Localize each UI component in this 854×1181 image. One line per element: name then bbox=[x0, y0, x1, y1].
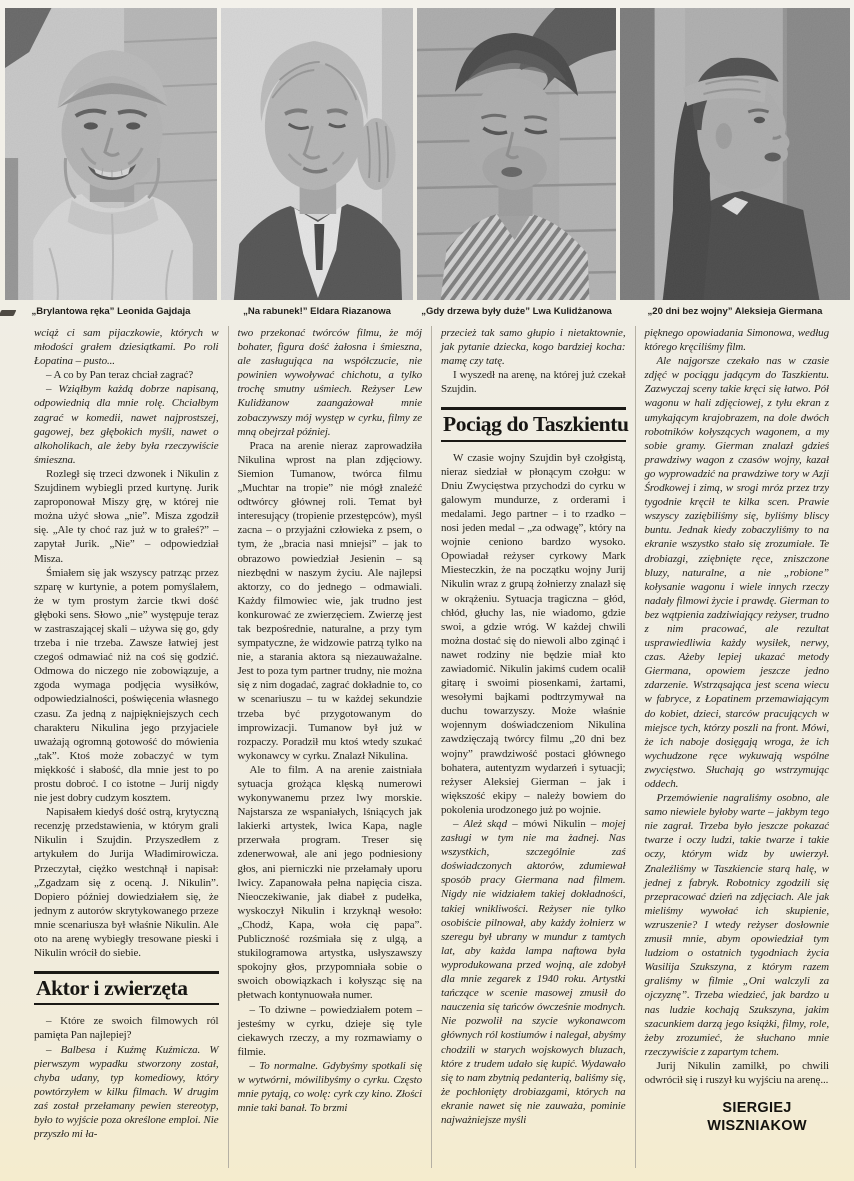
author-byline: SIERGIEJ WISZNIAKOW bbox=[685, 1099, 829, 1135]
body-paragraph: Ale najgorsze czekało nas w czasie zdjęć… bbox=[645, 354, 830, 791]
photo-20-dni-bez-wojny: „20 dni bez wojny” Aleksieja Giermana bbox=[620, 8, 850, 317]
photo-gdy-drzewa-byly-duze: „Gdy drzewa były duże” Lwa Kulidżanowa bbox=[417, 8, 616, 317]
body-paragraph: – Ależ skąd – mówi Nikulin – mojej zasłu… bbox=[441, 817, 626, 1127]
body-paragraph: – To normalne. Gdybyśmy spotkali się w w… bbox=[238, 1059, 423, 1115]
photo-20-dni-bez-wojny-image bbox=[620, 8, 850, 300]
body-paragraph: przecież tak samo głupio i nietaktownie,… bbox=[441, 326, 626, 368]
body-paragraph: Jurij Nikulin zamilkł, po chwili odwróci… bbox=[645, 1059, 830, 1087]
section-heading: Pociąg do Taszkientu bbox=[441, 407, 626, 441]
body-paragraph: I wyszedł na arenę, na której już czekał… bbox=[441, 368, 626, 396]
photo-caption: „Na rabunek!” Eldara Riazanowa bbox=[221, 300, 413, 317]
photo-na-rabunek: „Na rabunek!” Eldara Riazanowa bbox=[221, 8, 413, 317]
photo-gdy-drzewa-byly-duze-image bbox=[417, 8, 616, 300]
text-run: mojej zasługi w tym nie ma żadnej. Nas w… bbox=[441, 818, 626, 1126]
photo-caption: „20 dni bez wojny” Aleksieja Giermana bbox=[620, 300, 850, 317]
body-paragraph: – To dziwne – powiedziałem potem – jeste… bbox=[238, 1003, 423, 1059]
body-paragraph: Rozległ się trzeci dzwonek i Nikulin z S… bbox=[34, 467, 219, 566]
photo-na-rabunek-image bbox=[221, 8, 413, 300]
body-paragraph: Ale to film. A na arenie zaistniała sytu… bbox=[238, 763, 423, 1003]
text-run: – Ależ skąd bbox=[453, 818, 512, 830]
photo-caption: „Brylantowa ręka” Leonida Gajdaja bbox=[5, 300, 217, 317]
photo-brylantowa-reka-image bbox=[5, 8, 217, 300]
column-1: wciąż ci sam pijaczkowie, których w młod… bbox=[34, 326, 228, 1168]
body-paragraph: – Balbesa i Kuźmę Kuźmicza. W pierwszym … bbox=[34, 1043, 219, 1142]
body-paragraph: Praca na arenie nieraz zaprowadziła Niku… bbox=[238, 439, 423, 763]
column-2: two przekonać twórców filmu, że mój boha… bbox=[228, 326, 432, 1168]
magazine-page: „Brylantowa ręka” Leonida Gajdaja bbox=[0, 0, 854, 1181]
photo-strip: „Brylantowa ręka” Leonida Gajdaja bbox=[0, 0, 854, 317]
body-paragraph: two przekonać twórców filmu, że mój boha… bbox=[238, 326, 423, 439]
body-paragraph: Śmiałem się jak wszyscy patrząc przez sz… bbox=[34, 566, 219, 806]
body-paragraph: Napisałem kiedyś dość ostrą, krytyczną r… bbox=[34, 805, 219, 960]
text-run: – mówi Nikulin – bbox=[512, 818, 601, 830]
article-body: wciąż ci sam pijaczkowie, których w młod… bbox=[34, 326, 829, 1168]
body-paragraph: – Wziąłbym każdą dobrze napisaną, odpowi… bbox=[34, 382, 219, 467]
body-paragraph: wciąż ci sam pijaczkowie, których w młod… bbox=[34, 326, 219, 368]
photo-caption: „Gdy drzewa były duże” Lwa Kulidżanowa bbox=[417, 300, 616, 317]
body-paragraph: pięknego opowiadania Simonowa, według kt… bbox=[645, 326, 830, 354]
photo-brylantowa-reka: „Brylantowa ręka” Leonida Gajdaja bbox=[5, 8, 217, 317]
column-3: przecież tak samo głupio i nietaktownie,… bbox=[431, 326, 635, 1168]
body-paragraph: – A co by Pan teraz chciał zagrać? bbox=[34, 368, 219, 382]
body-paragraph: W czasie wojny Szujdin był czołgistą, ni… bbox=[441, 451, 626, 817]
body-paragraph: Przemówienie nagraliśmy osobno, ale samo… bbox=[645, 791, 830, 1059]
section-heading: Aktor i zwierzęta bbox=[34, 971, 219, 1005]
column-4: pięknego opowiadania Simonowa, według kt… bbox=[635, 326, 830, 1168]
print-artifact bbox=[0, 310, 16, 316]
body-paragraph: – Które ze swoich filmowych ról pamięta … bbox=[34, 1014, 219, 1042]
